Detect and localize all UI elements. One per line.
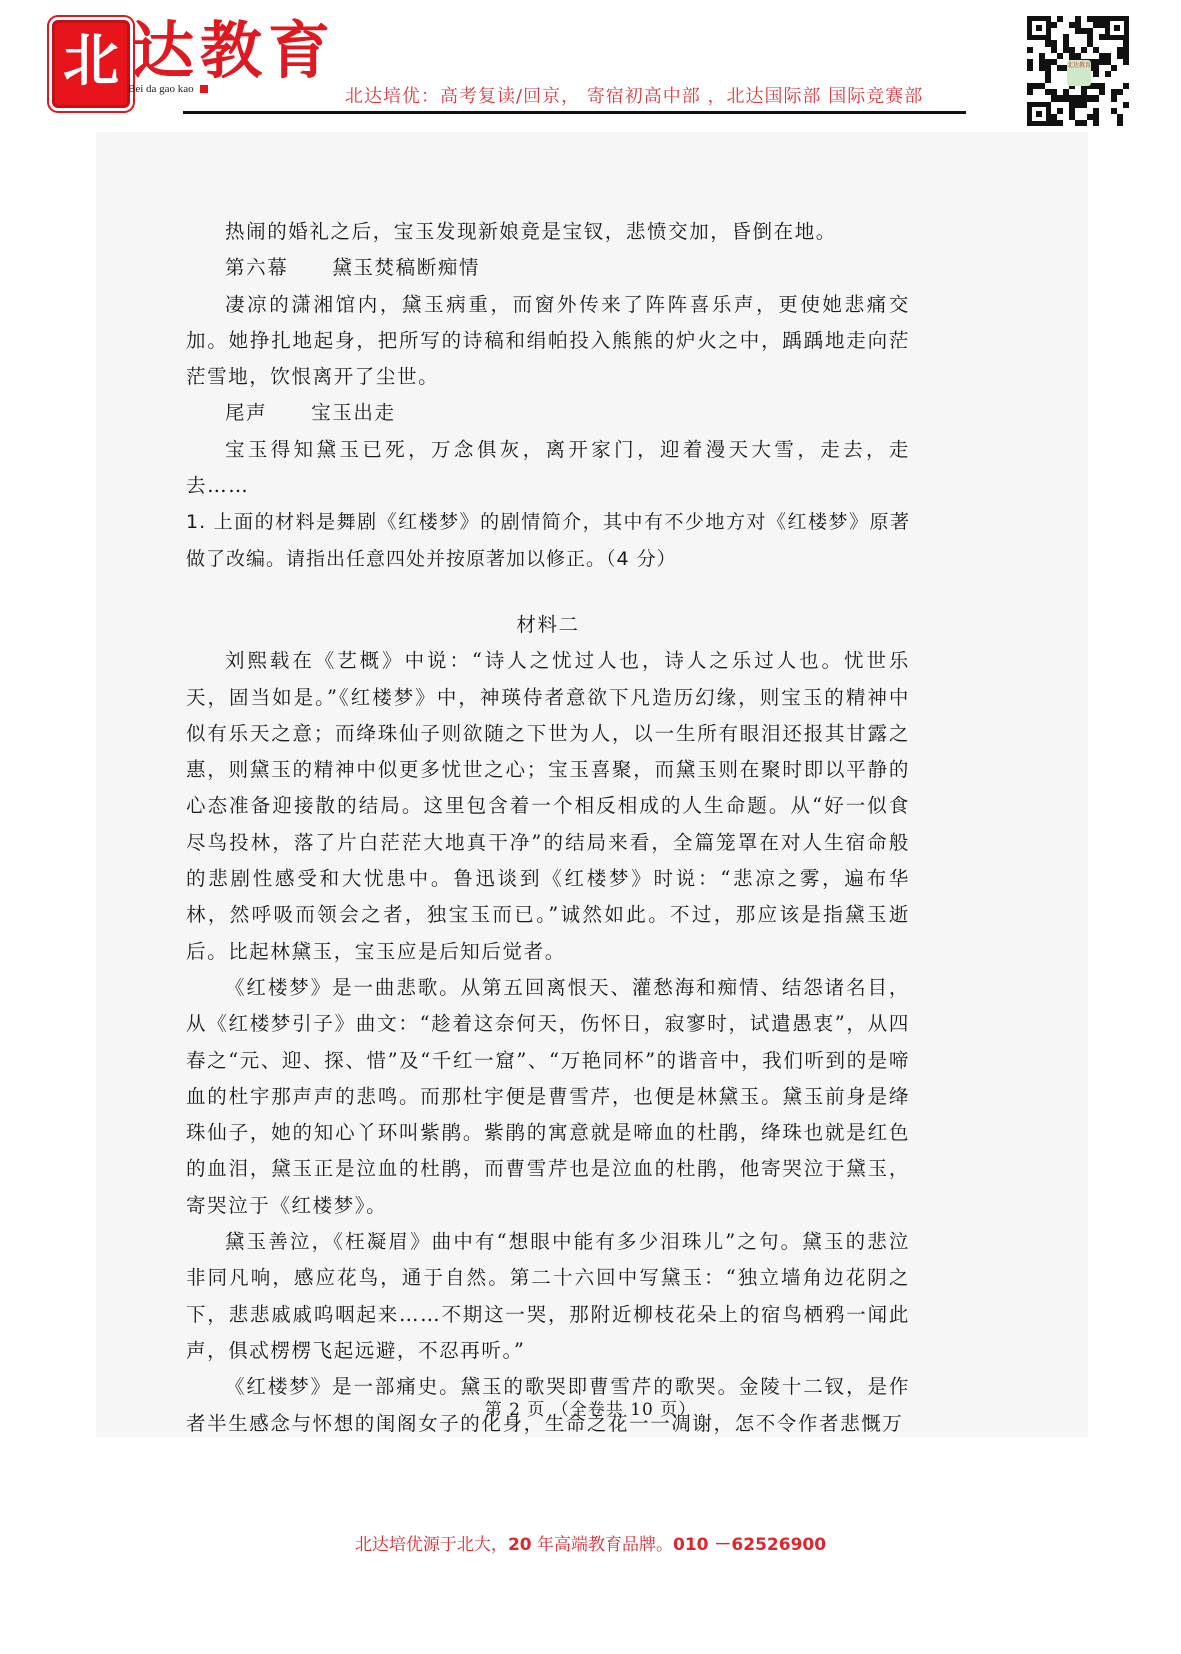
question-1: 1. 上面的材料是舞剧《红楼梦》的剧情简介，其中有不少地方对《红楼梦》原著做了改… <box>186 504 910 577</box>
paragraph: 黛玉善泣，《枉凝眉》曲中有“想眼中能有多少泪珠儿”之句。黛玉的悲泣非同凡响，感应… <box>186 1224 910 1369</box>
paragraph: 凄凉的潇湘馆内，黛玉病重，而窗外传来了阵阵喜乐声，更使她悲痛交加。她挣扎地起身，… <box>186 287 910 396</box>
header-slogan: 北达培优：高考复读/回京， 寄宿初高中部 ，北达国际部 国际竞赛部 <box>345 82 923 108</box>
paragraph: 《红楼梦》是一曲悲歌。从第五回离恨天、灌愁海和痴情、结怨诸名目，从《红楼梦引子》… <box>186 970 910 1224</box>
header-divider <box>183 111 966 114</box>
qr-code-icon: 北达教育 <box>1027 16 1129 126</box>
qr-finder-icon <box>1027 16 1051 40</box>
logo-title: 达教育 <box>132 16 336 86</box>
paragraph: 热闹的婚礼之后，宝玉发现新娘竟是宝钗，悲愤交加，昏倒在地。 <box>186 214 910 250</box>
footer-text: 北达培优源于北大， <box>355 1535 508 1555</box>
red-square-icon <box>200 85 208 93</box>
footer-phone: 010 －62526900 <box>673 1535 826 1555</box>
footer-text: 年高端教育品牌。 <box>532 1535 673 1555</box>
act-title: 宝玉出走 <box>311 401 395 424</box>
act-label: 尾声 <box>225 401 267 424</box>
footer-banner: 北达培优源于北大，20 年高端教育品牌。010 －62526900 <box>0 1530 1181 1555</box>
act-label: 第六幕 <box>225 256 288 279</box>
page-number: 第 2 页 （全卷共 10 页） <box>0 1395 1181 1420</box>
footer-years: 20 <box>508 1535 532 1555</box>
qr-center-logo: 北达教育 <box>1067 60 1091 86</box>
act-title: 黛玉焚稿断痴情 <box>332 256 480 279</box>
logo-subtitle-text: Bei da gao kao <box>128 83 194 95</box>
logo-mark: 北 <box>52 20 130 108</box>
qr-module <box>1123 120 1129 126</box>
qr-finder-icon <box>1105 16 1129 40</box>
section-title: 材料二 <box>186 607 910 643</box>
act-heading: 第六幕黛玉焚稿断痴情 <box>186 250 910 286</box>
document-body: 热闹的婚礼之后，宝玉发现新娘竟是宝钗，悲愤交加，昏倒在地。 第六幕黛玉焚稿断痴情… <box>186 214 910 1442</box>
paragraph: 刘熙载在《艺概》中说：“诗人之忧过人也，诗人之乐过人也。忧世乐天，固当如是。”《… <box>186 643 910 970</box>
logo-subtitle: Bei da gao kao <box>128 83 208 95</box>
logo-glyph: 北 <box>55 27 127 97</box>
paragraph: 宝玉得知黛玉已死，万念俱灰，离开家门，迎着漫天大雪，走去，走去…… <box>186 432 910 505</box>
act-heading: 尾声宝玉出走 <box>186 395 910 431</box>
qr-finder-icon <box>1027 102 1051 126</box>
